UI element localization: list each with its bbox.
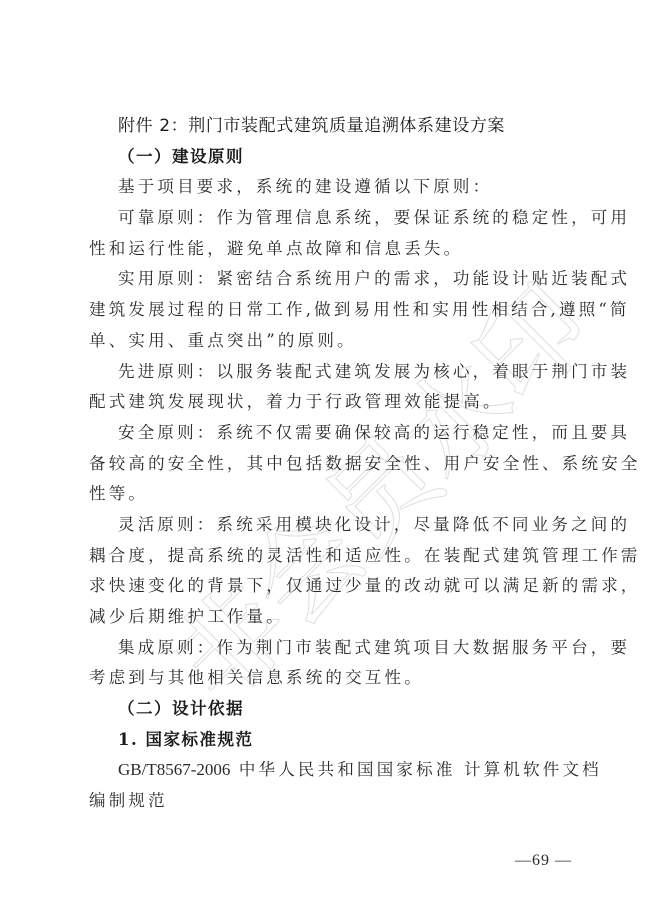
paragraph-line: 建筑发展过程的日常工作,做到易用性和实用性相结合,遵照“简 xyxy=(89,295,570,326)
standard-code: GB/T8567-2006 xyxy=(118,760,230,779)
paragraph-reliability: 可靠原则：作为管理信息系统，要保证系统的稳定性，可用 性和运行性能，避免单点故障… xyxy=(89,203,570,264)
paragraph-line: 先进原则：以服务装配式建筑发展为核心，着眼于荆门市装 xyxy=(89,357,570,388)
standard-title: 中华人民共和国国家标准 计算机软件文档 xyxy=(230,760,602,779)
paragraph-line: 实用原则：紧密结合系统用户的需求，功能设计贴近装配式 xyxy=(89,264,570,295)
page-number: —69 — xyxy=(515,852,572,870)
document-title: 附件 2：荆门市装配式建筑质量追溯体系建设方案 xyxy=(89,111,570,142)
paragraph-line: 灵活原则：系统采用模块化设计，尽量降低不同业务之间的 xyxy=(89,510,570,541)
paragraph-line: GB/T8567-2006 中华人民共和国国家标准 计算机软件文档 xyxy=(89,755,570,786)
section-heading-design-basis: （二）设计依据 xyxy=(89,694,570,725)
paragraph-line: 考虑到与其他相关信息系统的交互性。 xyxy=(89,663,570,694)
subsection-heading-national-standards: 1. 国家标准规范 xyxy=(89,725,570,756)
paragraph-line: 减少后期维护工作量。 xyxy=(89,602,570,633)
paragraph-line: 配式建筑发展现状，着力于行政管理效能提高。 xyxy=(89,387,570,418)
paragraph-advanced: 先进原则：以服务装配式建筑发展为核心，着眼于荆门市装 配式建筑发展现状，着力于行… xyxy=(89,357,570,418)
paragraph-flexibility: 灵活原则：系统采用模块化设计，尽量降低不同业务之间的 耦合度，提高系统的灵活性和… xyxy=(89,510,570,633)
paragraph-line: 求快速变化的背景下，仅通过少量的改动就可以满足新的需求， xyxy=(89,571,570,602)
paragraph-line: 编制规范 xyxy=(89,786,570,817)
paragraph-security: 安全原则：系统不仅需要确保较高的运行稳定性，而且要具 备较高的安全性，其中包括数… xyxy=(89,418,570,510)
paragraph-line: 集成原则：作为荆门市装配式建筑项目大数据服务平台，要 xyxy=(89,633,570,664)
paragraph-line: 安全原则：系统不仅需要确保较高的运行稳定性，而且要具 xyxy=(89,418,570,449)
paragraph-standard: GB/T8567-2006 中华人民共和国国家标准 计算机软件文档 编制规范 xyxy=(89,755,570,816)
paragraph-practicality: 实用原则：紧密结合系统用户的需求，功能设计贴近装配式 建筑发展过程的日常工作,做… xyxy=(89,264,570,356)
document-body: 附件 2：荆门市装配式建筑质量追溯体系建设方案 （一）建设原则 基于项目要求，系… xyxy=(89,111,570,817)
paragraph-line: 性等。 xyxy=(89,479,570,510)
paragraph-line: 备较高的安全性，其中包括数据安全性、用户安全性、系统安全 xyxy=(89,449,570,480)
paragraph-line: 耦合度，提高系统的灵活性和适应性。在装配式建筑管理工作需 xyxy=(89,541,570,572)
intro-paragraph: 基于项目要求，系统的建设遵循以下原则： xyxy=(89,172,570,203)
paragraph-line: 性和运行性能，避免单点故障和信息丢失。 xyxy=(89,234,570,265)
paragraph-line: 单、实用、重点突出”的原则。 xyxy=(89,326,570,357)
paragraph-integration: 集成原则：作为荆门市装配式建筑项目大数据服务平台，要 考虑到与其他相关信息系统的… xyxy=(89,633,570,694)
paragraph-line: 可靠原则：作为管理信息系统，要保证系统的稳定性，可用 xyxy=(89,203,570,234)
section-heading-principles: （一）建设原则 xyxy=(89,142,570,173)
document-page: 非会员水印 附件 2：荆门市装配式建筑质量追溯体系建设方案 （一）建设原则 基于… xyxy=(0,0,650,919)
